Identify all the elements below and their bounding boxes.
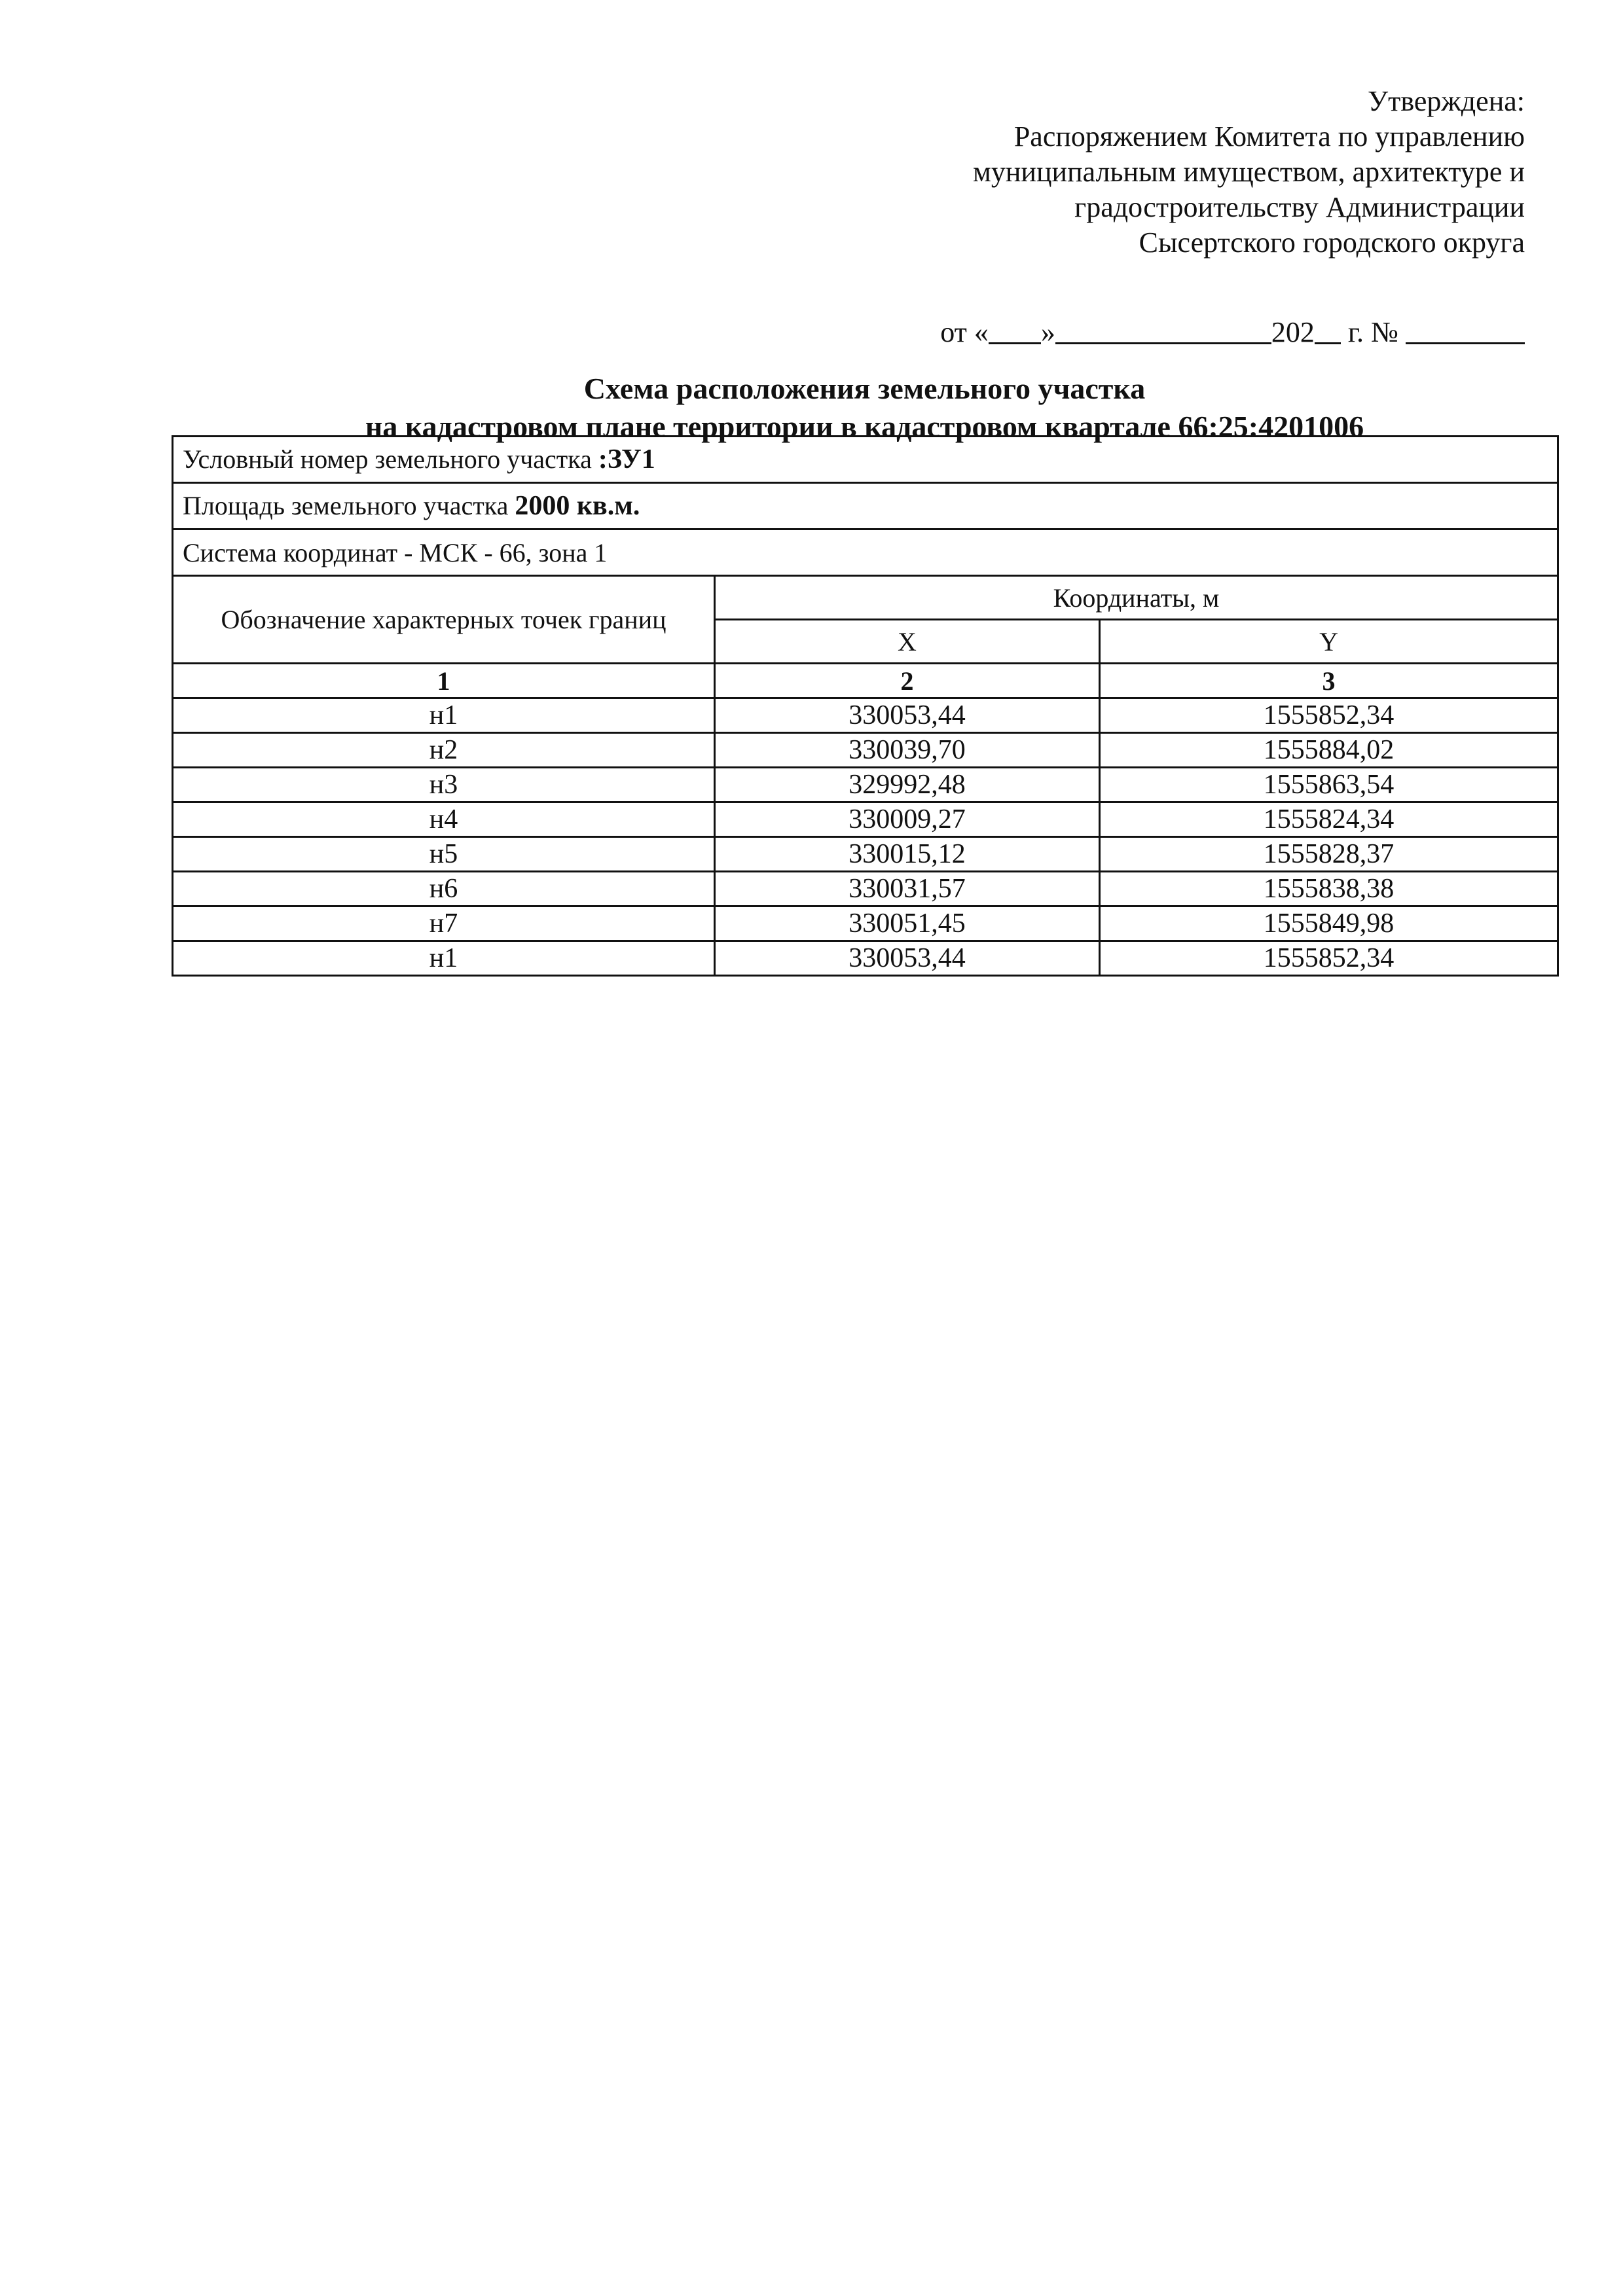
point-y: 1555824,34 — [1100, 802, 1558, 837]
order-number-label: г. № — [1341, 316, 1398, 348]
table-row: н2 330039,70 1555884,02 — [173, 733, 1558, 768]
header-x: X — [715, 620, 1100, 664]
point-x: 330053,44 — [715, 698, 1100, 733]
point-y: 1555852,34 — [1100, 698, 1558, 733]
point-y: 1555849,98 — [1100, 906, 1558, 941]
table-row: н1 330053,44 1555852,34 — [173, 698, 1558, 733]
header-points: Обозначение характерных точек границ — [173, 576, 715, 664]
date-prefix: от « — [940, 316, 989, 348]
point-name: н4 — [173, 802, 715, 837]
point-x: 330039,70 — [715, 733, 1100, 768]
parcel-number-label: Условный номер земельного участка — [183, 444, 598, 474]
parcel-number-row: Условный номер земельного участка :ЗУ1 — [173, 437, 1558, 483]
table-row: н6 330031,57 1555838,38 — [173, 872, 1558, 906]
approval-block: Утверждена: Распоряжением Комитета по уп… — [973, 84, 1525, 260]
order-date-line: от «»202 г. № — [940, 315, 1525, 349]
day-blank-field — [989, 342, 1041, 344]
coord-system-row: Система координат - МСК - 66, зона 1 — [173, 529, 1558, 576]
point-name: н1 — [173, 941, 715, 976]
point-y: 1555852,34 — [1100, 941, 1558, 976]
table-row: н1 330053,44 1555852,34 — [173, 941, 1558, 976]
parcel-area-cell: Площадь земельного участка 2000 кв.м. — [173, 483, 1558, 529]
column-number: 1 — [173, 664, 715, 698]
column-number: 2 — [715, 664, 1100, 698]
approval-line: Утверждена: — [973, 84, 1525, 119]
approval-line: градостроительству Администрации — [973, 190, 1525, 225]
point-x: 330051,45 — [715, 906, 1100, 941]
table-row: н4 330009,27 1555824,34 — [173, 802, 1558, 837]
point-y: 1555863,54 — [1100, 768, 1558, 802]
approval-line: Сысертского городского округа — [973, 225, 1525, 260]
point-x: 330009,27 — [715, 802, 1100, 837]
approval-line: Распоряжением Комитета по управлению — [973, 119, 1525, 154]
point-name: н5 — [173, 837, 715, 872]
point-name: н7 — [173, 906, 715, 941]
parcel-area-label: Площадь земельного участка — [183, 491, 515, 520]
title-line-1: Схема расположения земельного участка — [172, 370, 1558, 408]
parcel-number-cell: Условный номер земельного участка :ЗУ1 — [173, 437, 1558, 483]
column-number-row: 1 2 3 — [173, 664, 1558, 698]
point-y: 1555828,37 — [1100, 837, 1558, 872]
year-prefix: 202 — [1271, 316, 1315, 348]
coord-system-cell: Система координат - МСК - 66, зона 1 — [173, 529, 1558, 576]
table-row: н3 329992,48 1555863,54 — [173, 768, 1558, 802]
point-x: 329992,48 — [715, 768, 1100, 802]
year-blank-field — [1315, 342, 1341, 344]
point-x: 330031,57 — [715, 872, 1100, 906]
month-blank-field — [1055, 342, 1271, 344]
header-row: Обозначение характерных точек границ Коо… — [173, 576, 1558, 620]
order-number-blank-field — [1406, 342, 1525, 344]
quote-close: » — [1041, 316, 1055, 348]
point-y: 1555884,02 — [1100, 733, 1558, 768]
table-row: н5 330015,12 1555828,37 — [173, 837, 1558, 872]
approval-line: муниципальным имуществом, архитектуре и — [973, 154, 1525, 190]
document-title: Схема расположения земельного участка на… — [172, 370, 1558, 446]
point-y: 1555838,38 — [1100, 872, 1558, 906]
header-coordinates: Координаты, м — [715, 576, 1558, 620]
column-number: 3 — [1100, 664, 1558, 698]
point-name: н1 — [173, 698, 715, 733]
point-x: 330053,44 — [715, 941, 1100, 976]
coordinates-table: Условный номер земельного участка :ЗУ1 П… — [172, 435, 1559, 977]
parcel-number-value: :ЗУ1 — [598, 444, 655, 475]
point-name: н6 — [173, 872, 715, 906]
point-name: н2 — [173, 733, 715, 768]
point-name: н3 — [173, 768, 715, 802]
header-y: Y — [1100, 620, 1558, 664]
parcel-area-value: 2000 кв.м. — [515, 491, 640, 521]
point-x: 330015,12 — [715, 837, 1100, 872]
parcel-area-row: Площадь земельного участка 2000 кв.м. — [173, 483, 1558, 529]
table-row: н7 330051,45 1555849,98 — [173, 906, 1558, 941]
